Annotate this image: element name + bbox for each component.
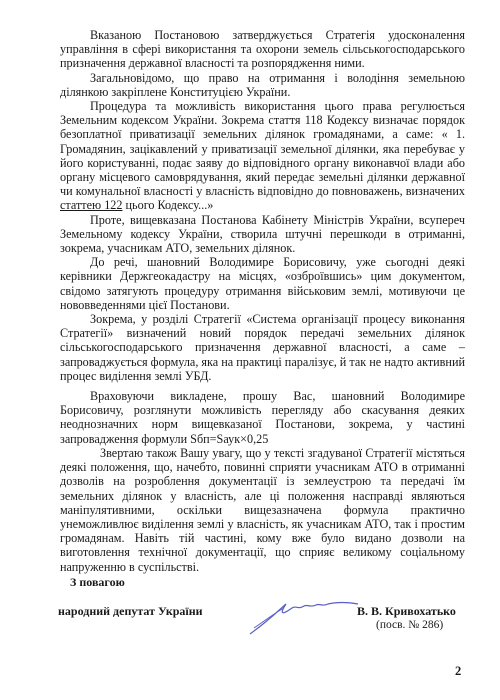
signatory-name: В. В. Кривохатько bbox=[357, 604, 456, 619]
paragraph-constitution: Загальновідомо, що право на отримання і … bbox=[60, 71, 465, 99]
paragraph-land-code: Процедура та можливість використання цьо… bbox=[60, 99, 465, 213]
paragraph-obstacles: Проте, вищевказана Постанова Кабінету Мі… bbox=[60, 213, 465, 256]
land-code-text: Процедура та можливість використання цьо… bbox=[60, 99, 465, 198]
paragraph-geocadastre: До речі, шановний Володимире Борисовичу,… bbox=[60, 255, 465, 312]
letter-body: Вказаною Постановою затверджується Страт… bbox=[60, 28, 465, 574]
page-number: 2 bbox=[455, 664, 461, 679]
paragraph-request: Враховуючи викладене, прошу Вас, шановни… bbox=[60, 389, 465, 446]
signatory-role: народний депутат України bbox=[58, 604, 203, 619]
article-122-link[interactable]: статтею 122 bbox=[60, 198, 122, 212]
land-code-text-end: цього Кодексу...» bbox=[122, 198, 213, 212]
paragraph-formula: Зокрема, у розділі Стратегії «Система ор… bbox=[60, 312, 465, 383]
paragraph-attention: Звертаю також Вашу увагу, що у тексті зг… bbox=[60, 446, 465, 574]
certificate-number: (посв. № 286) bbox=[376, 619, 443, 631]
closing-salutation: З повагою bbox=[70, 575, 125, 590]
signature-icon bbox=[248, 596, 360, 636]
paragraph-strategy: Вказаною Постановою затверджується Страт… bbox=[60, 28, 465, 71]
